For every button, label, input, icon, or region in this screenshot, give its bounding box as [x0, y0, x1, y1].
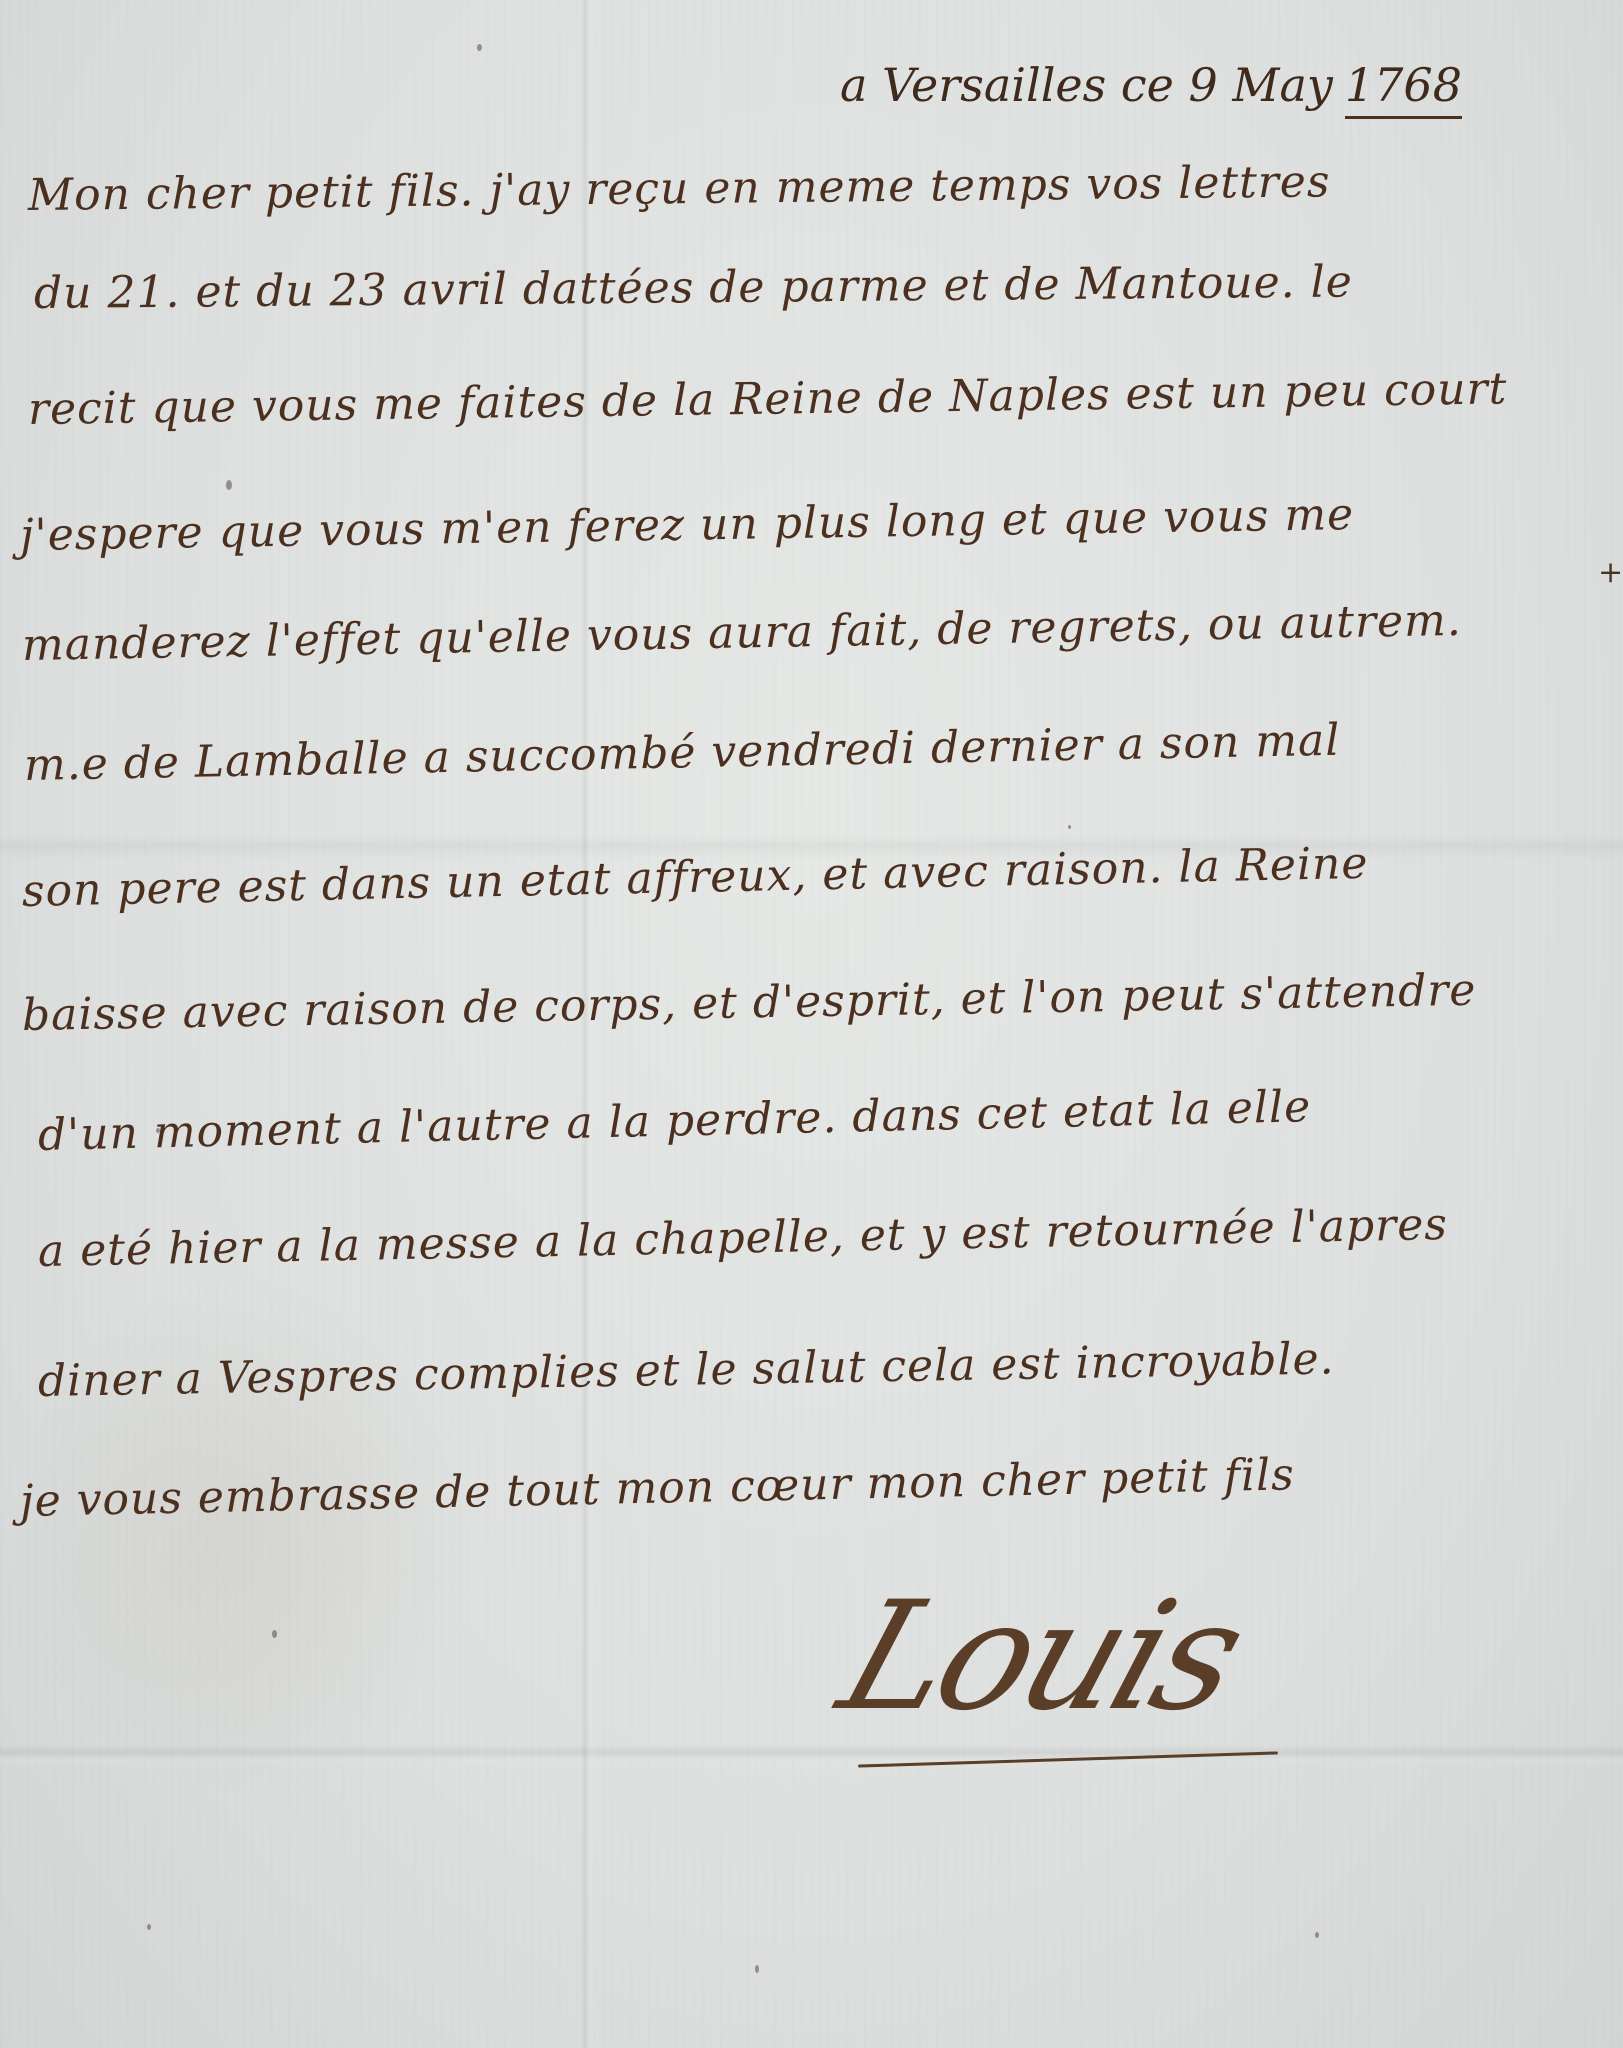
letter-line-11: diner a Vespres complies et le salut cel… — [38, 1333, 1335, 1407]
paper-speck — [1068, 825, 1071, 829]
paper-speck — [147, 1924, 151, 1930]
letter-line-8: baisse avec raison de corps, et d'esprit… — [22, 965, 1477, 1041]
paper-speck — [755, 1965, 759, 1973]
dateline-place: a Versailles ce 9 May — [840, 58, 1333, 112]
margin-mark: + — [1598, 555, 1623, 590]
letter-line-2: du 21. et du 23 avril dattées de parme e… — [34, 256, 1353, 319]
paper-speck — [226, 480, 232, 490]
signature: Louis — [822, 1570, 1260, 1744]
dateline-year: 1768 — [1345, 58, 1462, 119]
letter-line-10: a eté hier a la messe a la chapelle, et … — [38, 1199, 1449, 1277]
letter-line-7: son pere est dans un etat affreux, et av… — [21, 838, 1368, 917]
dateline: a Versailles ce 9 May1768 — [840, 58, 1462, 119]
letter-line-1: Mon cher petit fils. j'ay reçu en meme t… — [28, 156, 1331, 221]
signature-underline — [858, 1751, 1278, 1767]
letter-line-3: recit que vous me faites de la Reine de … — [28, 363, 1508, 435]
paper-speck — [477, 44, 482, 51]
letter-line-9: d'un moment a l'autre a la perdre. dans … — [37, 1081, 1311, 1161]
paper-speck — [272, 1630, 277, 1638]
paper-speck — [1315, 1932, 1319, 1938]
letter-page: a Versailles ce 9 May1768 Mon cher petit… — [0, 0, 1623, 2048]
letter-line-4: j'espere que vous m'en ferez un plus lon… — [20, 489, 1355, 561]
letter-line-12: je vous embrasse de tout mon cœur mon ch… — [19, 1449, 1295, 1527]
letter-line-6: m.e de Lamballe a succombé vendredi dern… — [24, 715, 1341, 791]
letter-line-5: manderez l'effet qu'elle vous aura fait,… — [22, 595, 1463, 671]
